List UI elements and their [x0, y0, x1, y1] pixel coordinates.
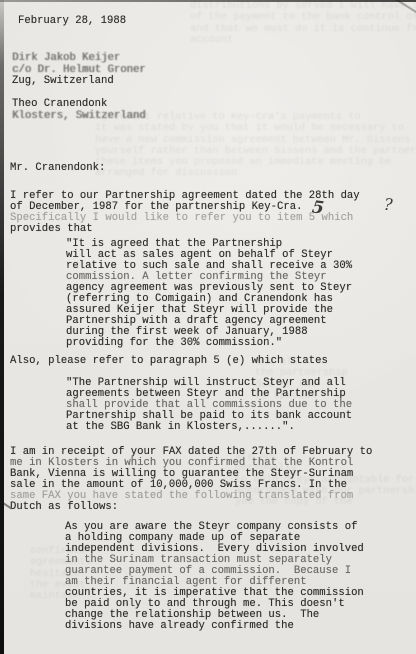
scan-edge-top [0, 0, 416, 2]
address-keijer: Dirk Jakob Keijerc/o Dr. Helmut GronerZu… [12, 53, 146, 88]
paragraph-fax-receipt: I am in receipt of your FAX dated the 27… [10, 447, 372, 513]
handwritten-question-mark: ? [384, 199, 393, 211]
bleedthrough-text-top: distributions by served I will have inst… [190, 1, 416, 46]
bleedthrough-text-middle: agreement relative to Key-Cra's payments… [95, 112, 416, 180]
scanned-letter-page: distributions by served I will have inst… [0, 0, 416, 654]
salutation: Mr. Cranendonk: [10, 163, 105, 174]
letter-date: February 28, 1988 [18, 16, 126, 27]
blockquote-item-5: "It is agreed that the Partnershipwill a… [66, 239, 352, 349]
scan-edge-left [0, 0, 4, 654]
blockquote-paragraph-5e: "The Partnership will instruct Steyr and… [66, 378, 352, 433]
blockquote-fax-translation: As you are aware the Steyr company consi… [65, 522, 364, 632]
handwritten-item-number: 5 [311, 202, 324, 214]
paragraph-refer-5e: Also, please refer to paragraph 5 (e) wh… [10, 356, 328, 367]
address-cranendonk: Theo CranendonkKlosters, Switzerland [12, 99, 146, 122]
paragraph-intro: I refer to our Partnership agreement dat… [10, 191, 360, 235]
